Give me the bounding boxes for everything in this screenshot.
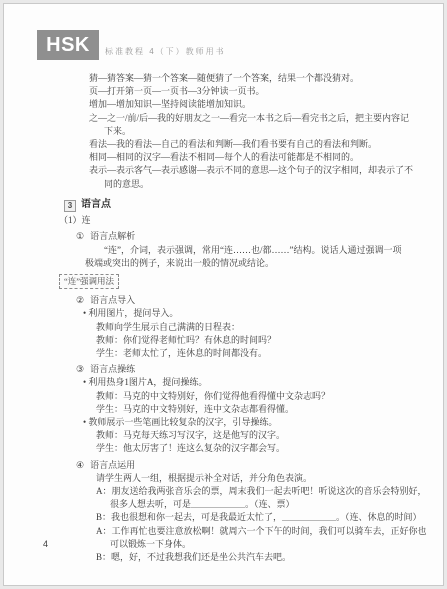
step-heading: ③语言点操练 — [76, 363, 443, 376]
margin-note-box: “连”强调用法 — [59, 274, 119, 289]
step-heading: ②语言点导入 — [76, 294, 443, 307]
dialogue-line: 学生：老师太忙了，连休息的时间都没有。 — [96, 347, 435, 360]
step-title: 语言点解析 — [90, 231, 135, 241]
dialogue-line: 教师：马克的中文特别好，你们觉得他看得懂中文杂志吗？ — [96, 390, 435, 403]
step-analysis: ①语言点解析 “连”，介词，表示强调，常用“连……也/都……”结构。说话人通过强… — [4, 230, 443, 291]
analysis-paragraph: “连”，介词，表示强调，常用“连……也/都……”结构。说话人通过强调一项极端或突… — [85, 244, 409, 270]
dialogue-line: 教师向学生展示自己满满的日程表： — [96, 321, 435, 334]
dialogue-text: 我也很想和你一起去，可是我最近太忙了，＿＿＿＿＿＿。（连、休息的时间） — [111, 512, 422, 522]
step-number: ④ — [76, 460, 84, 470]
language-point-item: （1）连 — [59, 214, 443, 227]
dialogue-text: 工作再忙也要注意放松啊！就周六一个下午的时间，我们可以骑车去，正好你也可以锻炼一… — [110, 526, 427, 549]
dialogue-line: 教师：马克每天练习写汉字，这是他写的汉字。 — [96, 429, 435, 442]
step-title: 语言点运用 — [90, 460, 135, 470]
page-header: HSK 标准教程 4（下）教师用书 — [37, 30, 226, 60]
activity-instruction: 请学生两人一组，根据提示补全对话，并分角色表演。 — [96, 472, 435, 485]
speaker-label: B： — [96, 552, 111, 562]
dialogue-block: 教师：马克每天练习写汉字，这是他写的汉字。 学生：他太厉害了！连这么复杂的汉字都… — [96, 429, 435, 455]
dialogue-line: 教师：你们觉得老师忙吗？有休息的时间吗？ — [96, 334, 435, 347]
dialogue-line: 学生：马克的中文特别好，连中文杂志都看得懂。 — [96, 403, 435, 416]
dialogue-block: 教师：马克的中文特别好，你们觉得他看得懂中文杂志吗？ 学生：马克的中文特别好，连… — [96, 390, 435, 416]
speaker-label: A： — [96, 526, 112, 536]
activity-bullet: 利用图片，提问导入。 — [83, 307, 433, 320]
step-number: ② — [76, 295, 84, 305]
page-number: 4 — [43, 539, 48, 549]
dialogue-turn: B：我也很想和你一起去，可是我最近太忙了，＿＿＿＿＿＿。（连、休息的时间） — [96, 511, 435, 524]
activity-bullet: 教师展示一些笔画比较复杂的汉字，引导操练。 — [83, 416, 433, 429]
step-number: ③ — [76, 364, 84, 374]
dialogue-line: 学生：他太厉害了！连这么复杂的汉字都会写。 — [96, 442, 435, 455]
step-drill: ③语言点操练 利用热身1图片A，提问操练。 教师：马克的中文特别好，你们觉得他看… — [4, 363, 443, 455]
step-lead-in: ②语言点导入 利用图片，提问导入。 教师向学生展示自己满满的日程表： 教师：你们… — [4, 294, 443, 360]
vocab-review-line: 页—打开第一页—一页书—3分钟读一页书。 — [89, 85, 413, 98]
vocab-review-line: 相同—相同的汉字—看法不相同—每个人的看法可能都是不相同的。 — [89, 151, 413, 164]
vocab-review-line: 猜—猜答案—猜一个答案—随便猜了一个答案，结果一个都没猜对。 — [89, 72, 413, 85]
activity-bullet: 利用热身1图片A，提问操练。 — [83, 376, 433, 389]
vocab-review-line: 之—之一/前/后—我的好朋友之一—看完一本书之后—看完书之后，把主要内容记下来。 — [89, 112, 413, 138]
book-page: HSK 标准教程 4（下）教师用书 猜—猜答案—猜一个答案—随便猜了一个答案，结… — [3, 3, 444, 586]
step-title: 语言点导入 — [90, 295, 135, 305]
book-title: 标准教程 4（下）教师用书 — [105, 46, 226, 60]
dialogue-text: 朋友送给我两张音乐会的票，周末我们一起去听吧！听说这次的音乐会特别好，很多人想去… — [110, 486, 427, 509]
speaker-label: B： — [96, 512, 111, 522]
step-heading: ①语言点解析 — [76, 230, 443, 243]
step-application: ④语言点运用 请学生两人一组，根据提示补全对话，并分角色表演。 A：朋友送给我两… — [4, 459, 443, 565]
page-content: 猜—猜答案—猜一个答案—随便猜了一个答案，结果一个都没猜对。 页—打开第一页—一… — [4, 72, 443, 564]
dialogue-turn: A：朋友送给我两张音乐会的票，周末我们一起去听吧！听说这次的音乐会特别好，很多人… — [96, 485, 435, 511]
step-number: ① — [76, 231, 84, 241]
step-heading: ④语言点运用 — [76, 459, 443, 472]
dialogue-block: 教师向学生展示自己满满的日程表： 教师：你们觉得老师忙吗？有休息的时间吗？ 学生… — [96, 321, 435, 361]
vocab-review-list: 猜—猜答案—猜一个答案—随便猜了一个答案，结果一个都没猜对。 页—打开第一页—一… — [4, 72, 443, 191]
vocab-review-line: 看法—我的看法—自己的看法和判断—我们看书要有自己的看法和判断。 — [89, 138, 413, 151]
speaker-label: A： — [96, 486, 112, 496]
step-title: 语言点操练 — [90, 364, 135, 374]
section-title: 语言点 — [81, 199, 111, 210]
hsk-logo: HSK — [37, 30, 99, 60]
dialogue-turn: A：工作再忙也要注意放松啊！就周六一个下午的时间，我们可以骑车去，正好你也可以锻… — [96, 525, 435, 551]
dialogue-turn: B：嗯，好，不过我想我们还是坐公共汽车去吧。 — [96, 551, 435, 564]
section-number-box: 3 — [64, 200, 76, 212]
section-heading: 3语言点 — [64, 198, 443, 212]
dialogue-text: 嗯，好，不过我想我们还是坐公共汽车去吧。 — [111, 552, 291, 562]
vocab-review-line: 增加—增加知识—坚持阅读能增加知识。 — [89, 98, 413, 111]
vocab-review-line: 表示—表示客气—表示感谢—表示不同的意思—这个句子的汉字相同，却表示了不同的意思… — [89, 164, 413, 190]
dialogue-block: A：朋友送给我两张音乐会的票，周末我们一起去听吧！听说这次的音乐会特别好，很多人… — [96, 485, 435, 564]
